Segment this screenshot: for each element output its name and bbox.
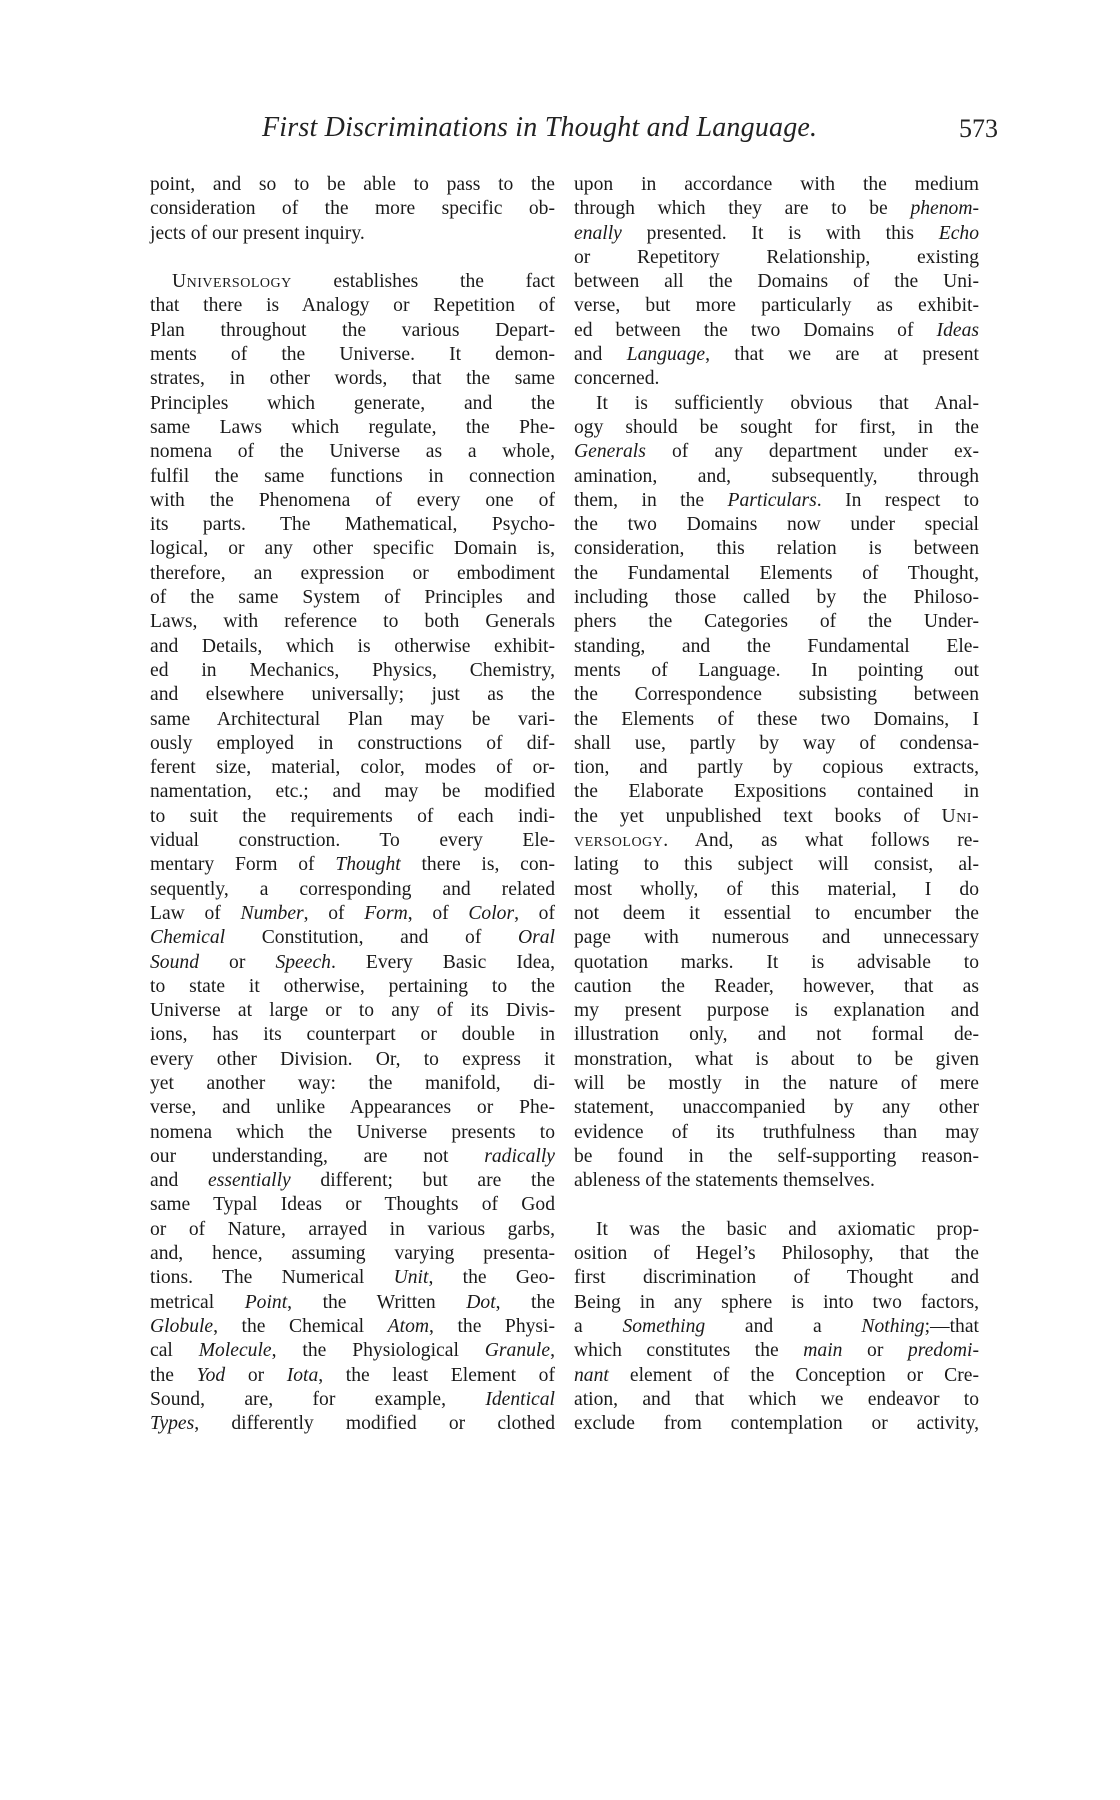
italic-term: main [803,1340,842,1361]
text-line: It was the basic and axiomatic prop- [574,1218,979,1242]
italic-term: Color [468,903,514,924]
text-line: namentation, etc.; and may be modified [150,780,555,804]
italic-term: Language [627,344,705,365]
text-line: consideration, this relation is between [574,537,979,561]
italic-term: Something [622,1316,705,1337]
text-line: consideration of the more specific ob- [150,197,555,221]
text-line: verse, and unlike Appearances or Phe- [150,1096,555,1120]
text-line: the Fundamental Elements of Thought, [574,562,979,586]
text-line: between all the Domains of the Uni- [574,270,979,294]
text-line: upon in accordance with the medium [574,173,979,197]
text-line: caution the Reader, however, that as [574,975,979,999]
text-line: not deem it essential to encumber the [574,902,979,926]
italic-term: Molecule [199,1340,272,1361]
text-line: ed between the two Domains of Ideas [574,319,979,343]
italic-term: Speech [275,952,330,973]
text-line: a Something and a Nothing;—that [574,1315,979,1339]
text-line: amination, and, subsequently, through [574,465,979,489]
paragraph-universology: Universology establishes the fact that t… [150,270,555,1436]
italic-term: Identical [485,1389,555,1410]
text-line: first discrimination of Thought and [574,1266,979,1290]
page-number: 573 [959,114,998,144]
text-line: to state it otherwise, pertaining to the [150,975,555,999]
text-line: ions, has its counterpart or double in [150,1023,555,1047]
italic-term: predomi- [908,1340,979,1361]
text-line: Being in any sphere is into two factors, [574,1291,979,1315]
text-line: monstration, what is about to be given [574,1048,979,1072]
italic-term: Ideas [937,320,979,341]
text-line: tion, and partly by copious extracts, [574,756,979,780]
italic-term: Generals [574,441,646,462]
text-line: quotation marks. It is advisable to [574,951,979,975]
text-line: the Correspondence subsisting between [574,683,979,707]
text-line: Laws, with reference to both Generals [150,610,555,634]
italic-term: Particulars [728,490,817,511]
text-line: Universe at large or to any of its Divis… [150,999,555,1023]
italic-term: Number [241,903,304,924]
text-line: evidence of its truthfulness than may [574,1121,979,1145]
text-line: osition of Hegel’s Philosophy, that the [574,1242,979,1266]
text-line: nomena of the Universe as a whole, [150,440,555,464]
text-line: verse, but more particularly as exhibit- [574,294,979,318]
text-line: same Architectural Plan may be vari- [150,708,555,732]
text-line: the yet unpublished text books of Uni- [574,805,979,829]
text-line: Globule, the Chemical Atom, the Physi- [150,1315,555,1339]
text-line: Universology establishes the fact [150,270,555,294]
text-line: statement, unaccompanied by any other [574,1096,979,1120]
text-line: cal Molecule, the Physiological Granule, [150,1339,555,1363]
running-title: First Discriminations in Thought and Lan… [262,112,817,144]
text-line: enally presented. It is with this Echo [574,222,979,246]
text-line: be found in the self-supporting reason- [574,1145,979,1169]
text-line: shall use, partly by way of condensa- [574,732,979,756]
text-line: point, and so to be able to pass to the [150,173,555,197]
text-line: same Laws which regulate, the Phe- [150,416,555,440]
text-line: Chemical Constitution, and of Oral [150,926,555,950]
italic-term: Granule [485,1340,550,1361]
text-line: Law of Number, of Form, of Color, of [150,902,555,926]
paragraph-continuation: upon in accordance with the medium throu… [574,173,979,392]
text-line: Sound, are, for example, Identical [150,1388,555,1412]
smallcaps-term: Universology [172,271,292,292]
italic-term: Chemical [150,927,225,948]
text-line: and essentially different; but are the [150,1169,555,1193]
text-line: every other Division. Or, to express it [150,1048,555,1072]
text-line: It is sufficiently obvious that Anal- [574,392,979,416]
italic-term: phenom- [910,198,979,219]
text-line: the Yod or Iota, the least Element of [150,1364,555,1388]
paragraph-gap [150,246,555,270]
text-line: nant element of the Conception or Cre- [574,1364,979,1388]
italic-term: Oral [518,927,555,948]
text-line: illustration only, and not formal de- [574,1023,979,1047]
italic-term: Thought [335,854,400,875]
text-line: the two Domains now under special [574,513,979,537]
italic-term: radically [484,1146,555,1167]
paragraph-gap [574,1193,979,1217]
text-line: ogy should be sought for first, in the [574,416,979,440]
italic-term: Dot [466,1292,495,1313]
italic-term: enally [574,223,622,244]
text-line: mentary Form of Thought there is, con- [150,853,555,877]
text-line: which constitutes the main or predomi- [574,1339,979,1363]
italic-term: Globule [150,1316,213,1337]
text-line: including those called by the Philoso- [574,586,979,610]
text-line: will be mostly in the nature of mere [574,1072,979,1096]
italic-term: Echo [939,223,979,244]
text-line: or Repetitory Relationship, existing [574,246,979,270]
italic-term: Form [364,903,408,924]
text-line: ation, and that which we endeavor to [574,1388,979,1412]
italic-term: Atom [388,1316,429,1337]
italic-term: Nothing [861,1316,924,1337]
text-line: ments of Language. In pointing out [574,659,979,683]
text-line: standing, and the Fundamental Ele- [574,635,979,659]
text-line: and elsewhere universally; just as the [150,683,555,707]
text-line: to suit the requirements of each indi- [150,805,555,829]
text-line: and Language, that we are at present [574,343,979,367]
italic-term: Point [245,1292,287,1313]
text-line: my present purpose is explanation and [574,999,979,1023]
text-line: Sound or Speech. Every Basic Idea, [150,951,555,975]
text-line: same Typal Ideas or Thoughts of God [150,1193,555,1217]
paragraph-hegel: It was the basic and axiomatic prop- osi… [574,1218,979,1437]
italic-term: essentially [208,1170,291,1191]
italic-term: Iota [287,1365,319,1386]
text-line: yet another way: the manifold, di- [150,1072,555,1096]
text-line: tions. The Numerical Unit, the Geo- [150,1266,555,1290]
smallcaps-term: versology [574,830,663,851]
text-line: our understanding, are not radically [150,1145,555,1169]
left-column: point, and so to be able to pass to the … [150,173,555,1436]
text-line: most wholly, of this material, I do [574,878,979,902]
text-line: ferent size, material, color, modes of o… [150,756,555,780]
page-header: First Discriminations in Thought and Lan… [150,112,1004,152]
text-line: strates, in other words, that the same [150,367,555,391]
text-line: of the same System of Principles and [150,586,555,610]
text-line: Types, differently modified or clothed [150,1412,555,1436]
text-line: with the Phenomena of every one of [150,489,555,513]
text-line: its parts. The Mathematical, Psycho- [150,513,555,537]
text-line: page with numerous and unnecessary [574,926,979,950]
text-line: exclude from contemplation or activity, [574,1412,979,1436]
text-line: fulfil the same functions in connection [150,465,555,489]
text-line: jects of our present inquiry. [150,222,555,246]
text-line: vidual construction. To every Ele- [150,829,555,853]
text-line: logical, or any other specific Domain is… [150,537,555,561]
text-line: ed in Mechanics, Physics, Chemistry, [150,659,555,683]
text-line: ableness of the statements themselves. [574,1169,979,1193]
text-line: or of Nature, arrayed in various garbs, [150,1218,555,1242]
paragraph-analogy: It is sufficiently obvious that Anal- og… [574,392,979,1194]
italic-term: Yod [197,1365,226,1386]
text-line: the Elaborate Expositions contained in [574,780,979,804]
text-line: phers the Categories of the Under- [574,610,979,634]
text-line: ments of the Universe. It demon- [150,343,555,367]
text-line: Plan throughout the various Depart- [150,319,555,343]
text-line: sequently, a corresponding and related [150,878,555,902]
text-line: Generals of any department under ex- [574,440,979,464]
text-line: lating to this subject will consist, al- [574,853,979,877]
text-line: and, hence, assuming varying presenta- [150,1242,555,1266]
text-line: concerned. [574,367,979,391]
text-line: nomena which the Universe presents to [150,1121,555,1145]
text-line: metrical Point, the Written Dot, the [150,1291,555,1315]
text-line: them, in the Particulars. In respect to [574,489,979,513]
text-line: that there is Analogy or Repetition of [150,294,555,318]
italic-term: Unit [394,1267,429,1288]
text-line: Principles which generate, and the [150,392,555,416]
smallcaps-term: Uni- [942,806,979,827]
italic-term: nant [574,1365,609,1386]
text-line: and Details, which is otherwise exhibit- [150,635,555,659]
right-column: upon in accordance with the medium throu… [574,173,979,1436]
paragraph-continuation: point, and so to be able to pass to the … [150,173,555,246]
text-line: through which they are to be phenom- [574,197,979,221]
text-line: the Elements of these two Domains, I [574,708,979,732]
text-line: ously employed in constructions of dif- [150,732,555,756]
text-line: therefore, an expression or embodiment [150,562,555,586]
italic-term: Sound [150,952,199,973]
italic-term: Types [150,1413,194,1434]
text-line: versology. And, as what follows re- [574,829,979,853]
